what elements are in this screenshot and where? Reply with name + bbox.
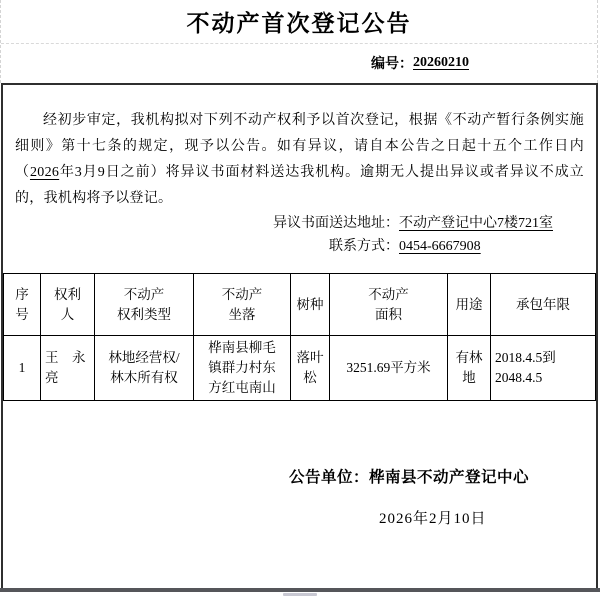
registration-table: 序 号 权利 人 不动产 权利类型 不动产 坐落 树种 不动产 面积 用途 承包…	[3, 273, 596, 401]
col-header-tree-species: 树种	[291, 274, 330, 336]
doc-number-value: 20260210	[413, 55, 469, 71]
delivery-address-value: 不动产登记中心7楼721室	[399, 216, 553, 231]
document-header: 不动产首次登记公告 编号：20260210	[0, 0, 598, 83]
cell-right-type: 林地经营权/ 林木所有权	[95, 336, 194, 401]
cell-usage: 有林地	[448, 336, 491, 401]
contact-line: 联系方式：0454-6667908	[3, 235, 596, 258]
col-header-right-type: 不动产 权利类型	[95, 274, 194, 336]
issuing-unit-line: 公告单位：桦南县不动产登记中心	[289, 465, 596, 487]
table-header-row: 序 号 权利 人 不动产 权利类型 不动产 坐落 树种 不动产 面积 用途 承包…	[4, 274, 596, 336]
cell-tree-species: 落叶松	[291, 336, 330, 401]
col-header-contract-term: 承包年限	[491, 274, 596, 336]
col-header-seq: 序 号	[4, 274, 41, 336]
notice-body: 经初步审定，我机构拟对下列不动产权利予以首次登记，根据《不动产暂行条例实施细则》…	[1, 83, 598, 588]
paragraph-text-after: 年3月9日之前）将异议书面材料送达我机构。逾期无人提出异议或者异议不成立的，我机…	[15, 165, 584, 206]
contact-value: 0454-6667908	[399, 239, 481, 254]
col-header-area: 不动产 面积	[330, 274, 448, 336]
cell-holder: 王 永亮	[41, 336, 95, 401]
delivery-address-line: 异议书面送达地址：不动产登记中心7楼721室	[3, 212, 596, 235]
issue-date: 2026年2月10日	[379, 507, 596, 528]
cell-location: 桦南县柳毛 镇群力村东 方红屯南山	[194, 336, 291, 401]
horizontal-scrollbar-thumb[interactable]	[283, 593, 317, 596]
page-title: 不动产首次登记公告	[187, 5, 412, 38]
col-header-location: 不动产 坐落	[194, 274, 291, 336]
issuing-unit-name: 桦南县不动产登记中心	[369, 469, 529, 486]
doc-number-label: 编号：	[371, 53, 413, 73]
col-header-holder: 权利 人	[41, 274, 95, 336]
table-row: 1 王 永亮 林地经营权/ 林木所有权 桦南县柳毛 镇群力村东 方红屯南山 落叶…	[4, 336, 596, 401]
window-bottom-edge	[0, 588, 600, 592]
announcement-document: 不动产首次登记公告 编号：20260210 经初步审定，我机构拟对下列不动产权利…	[0, 0, 600, 598]
notice-paragraph: 经初步审定，我机构拟对下列不动产权利予以首次登记，根据《不动产暂行条例实施细则》…	[15, 108, 584, 212]
doc-number-row: 编号：20260210	[1, 44, 597, 82]
contact-label: 联系方式：	[3, 235, 399, 258]
cell-seq: 1	[4, 336, 41, 401]
delivery-address-label: 异议书面送达地址：	[3, 212, 399, 235]
paragraph-underlined-year: 2026	[30, 165, 59, 180]
issuing-unit-label: 公告单位：	[289, 469, 369, 486]
cell-contract-term: 2018.4.5到 2048.4.5	[491, 336, 596, 401]
col-header-usage: 用途	[448, 274, 491, 336]
title-row: 不动产首次登记公告	[1, 0, 597, 44]
cell-area: 3251.69平方米	[330, 336, 448, 401]
